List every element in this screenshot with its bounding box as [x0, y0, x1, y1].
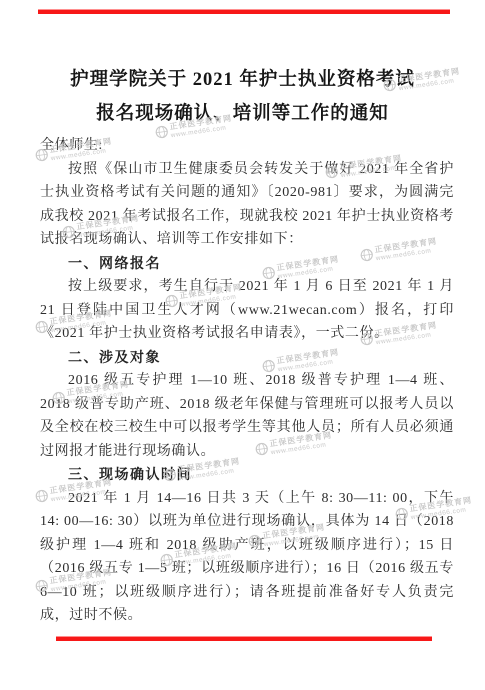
section-1-body: 按上级要求，考生自行于 2021 年 1 月 6 日至 2021 年 1 月 2…: [40, 275, 454, 346]
notice-page: 护理学院关于 2021 年护士执业资格考试 报名现场确认、培训等工作的通知 全体…: [0, 0, 485, 690]
notice-content: 全体师生: 按照《保山市卫生健康委员会转发关于做好 2021 年全省护士执业资格…: [40, 134, 454, 628]
salutation: 全体师生:: [40, 134, 454, 158]
title-line-1: 护理学院关于 2021 年护士执业资格考试: [0, 63, 485, 97]
section-3-heading: 三、现场确认时间: [40, 463, 454, 487]
intro-paragraph: 按照《保山市卫生健康委员会转发关于做好 2021 年全省护士执业资格考试有关问题…: [40, 158, 454, 252]
section-1-heading: 一、网络报名: [40, 252, 454, 276]
title-line-2: 报名现场确认、培训等工作的通知: [0, 97, 485, 131]
section-3-body: 2021 年 1 月 14—16 日共 3 天（上午 8: 30—11: 00，…: [40, 487, 454, 628]
notice-title: 护理学院关于 2021 年护士执业资格考试 报名现场确认、培训等工作的通知: [0, 63, 485, 131]
section-2-heading: 二、涉及对象: [40, 346, 454, 370]
bottom-red-rule: [56, 636, 432, 641]
section-2-body: 2016 级五专护理 1—10 班、2018 级普专护理 1—4 班、2018 …: [40, 369, 454, 463]
top-red-rule: [38, 9, 450, 14]
